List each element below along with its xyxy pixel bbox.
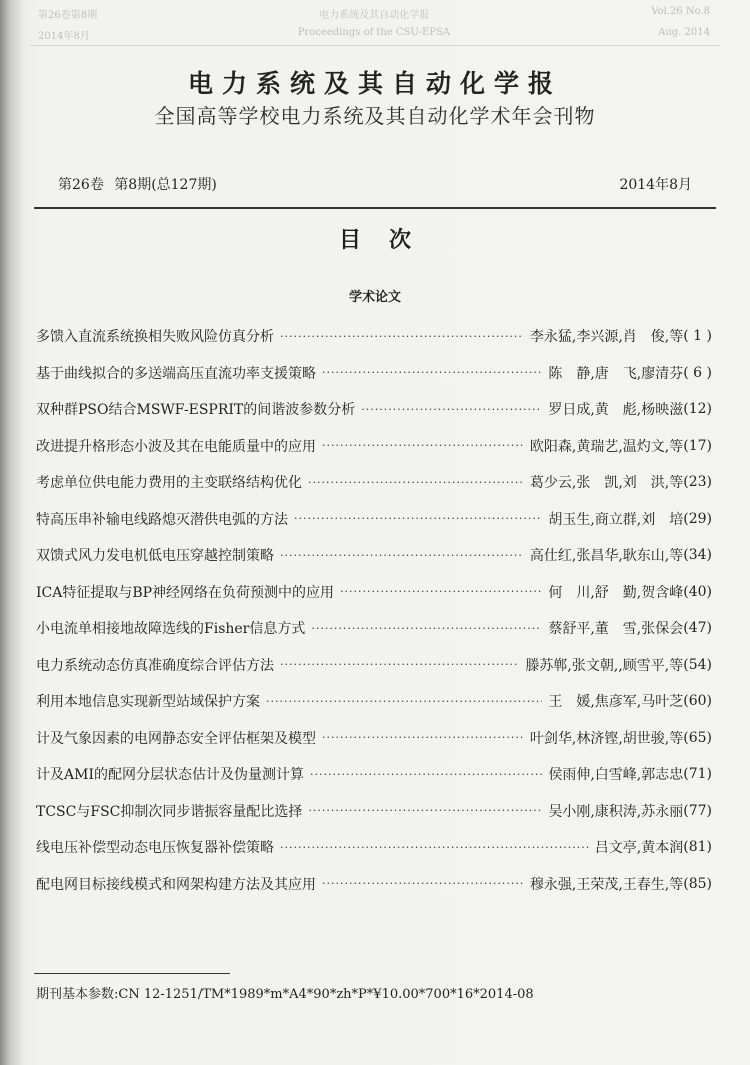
journal-parameters: 期刊基本参数:CN 12-1251/TM*1989*m*A4*90*zh*P*¥… [36, 983, 534, 1002]
article-page: (71) [683, 766, 712, 782]
article-title: 多馈入直流系统换相失败风险仿真分析 [36, 326, 274, 346]
article-page: (17) [683, 438, 712, 454]
toc-entry[interactable]: 利用本地信息实现新型站域保护方案 王 媛,焦彦军,马叶芝 (60) [36, 683, 712, 720]
article-authors: 陈 静,唐 飞,廖清芬 [548, 363, 683, 383]
toc-entry[interactable]: 计及气象因素的电网静态安全评估框架及模型 叶剑华,林济铿,胡世骏,等 (65) [36, 720, 712, 757]
leader-dots [280, 658, 519, 671]
article-page: (81) [683, 839, 712, 855]
toc-entry[interactable]: ICA特征提取与BP神经网络在负荷预测中的应用 何 川,舒 勤,贺含峰 (40) [36, 574, 712, 611]
article-page: (12) [683, 401, 712, 417]
toc-entry[interactable]: 计及AMI的配网分层状态估计及伪量测计算 侯雨伸,白雪峰,郭志忠 (71) [36, 756, 712, 793]
article-title: 电力系统动态仿真准确度综合评估方法 [36, 655, 274, 675]
article-title: 双馈式风力发电机低电压穿越控制策略 [36, 545, 274, 565]
leader-dots [280, 841, 589, 854]
leader-dots [322, 366, 542, 379]
article-page: (85) [683, 876, 712, 892]
toc-entry[interactable]: TCSC与FSC抑制次同步谐振容量配比选择 吴小刚,康积涛,苏永丽 (77) [36, 793, 712, 830]
table-of-contents: 多馈入直流系统换相失败风险仿真分析 李永猛,李兴源,肖 俊,等 ( 1 ) 基于… [36, 318, 712, 902]
article-authors: 吴小刚,康积涛,苏永丽 [548, 801, 683, 821]
article-page: ( 1 ) [683, 328, 712, 344]
article-title: 特高压串补输电线路熄灭潜供电弧的方法 [36, 509, 288, 529]
article-title: 双种群PSO结合MSWF-ESPRIT的间谐波参数分析 [36, 399, 355, 419]
article-authors: 叶剑华,林济铿,胡世骏,等 [530, 728, 683, 748]
leader-dots [340, 585, 542, 598]
toc-entry[interactable]: 多馈入直流系统换相失败风险仿真分析 李永猛,李兴源,肖 俊,等 ( 1 ) [36, 318, 712, 355]
leader-dots [280, 549, 524, 562]
article-authors: 侯雨伸,白雪峰,郭志忠 [548, 764, 683, 784]
article-authors: 滕苏郸,张文朝,,顾雪平,等 [525, 655, 683, 675]
toc-entry[interactable]: 电力系统动态仿真准确度综合评估方法 滕苏郸,张文朝,,顾雪平,等 (54) [36, 647, 712, 684]
article-title: 考虑单位供电能力费用的主变联络结构优化 [36, 472, 302, 492]
article-authors: 李永猛,李兴源,肖 俊,等 [530, 326, 683, 346]
article-page: ( 6 ) [683, 365, 712, 381]
volume-label: 第26卷 [58, 177, 104, 193]
journal-page: 第26卷第8期 电力系统及其自动化学报 Vol.26 No.8 2014年8月 … [0, 0, 750, 1065]
journal-title: 电力系统及其自动化学报 [0, 64, 750, 100]
article-page: (77) [683, 803, 712, 819]
leader-dots [322, 439, 524, 452]
bleed-through-header: 第26卷第8期 电力系统及其自动化学报 Vol.26 No.8 2014年8月 … [0, 0, 750, 50]
toc-entry[interactable]: 配电网目标接线模式和网架构建方法及其应用 穆永强,王荣茂,王春生,等 (85) [36, 866, 712, 903]
article-authors: 何 川,舒 勤,贺含峰 [548, 582, 683, 602]
leader-dots [311, 622, 542, 635]
toc-entry[interactable]: 改进提升格形态小波及其在电能质量中的应用 欧阳森,黄瑞艺,温灼文,等 (17) [36, 428, 712, 465]
section-title: 学术论文 [0, 286, 750, 305]
leader-dots [308, 476, 524, 489]
article-title: ICA特征提取与BP神经网络在负荷预测中的应用 [36, 582, 334, 602]
issue-date: 2014年8月 [619, 174, 692, 194]
bleed-second-right: Aug. 2014 [658, 27, 710, 42]
toc-title: 目次 [0, 223, 750, 254]
article-title: TCSC与FSC抑制次同步谐振容量配比选择 [36, 801, 302, 821]
toc-entry[interactable]: 双馈式风力发电机低电压穿越控制策略 高仕红,张昌华,耿东山,等 (34) [36, 537, 712, 574]
issue-label: 第8期(总127期) [114, 177, 217, 193]
toc-entry[interactable]: 特高压串补输电线路熄灭潜供电弧的方法 胡玉生,商立群,刘 培 (29) [36, 501, 712, 538]
article-page: (23) [683, 474, 712, 490]
article-page: (34) [683, 547, 712, 563]
article-title: 利用本地信息实现新型站域保护方案 [36, 691, 260, 711]
article-authors: 王 媛,焦彦军,马叶芝 [548, 691, 683, 711]
article-title: 小电流单相接地故障选线的Fisher信息方式 [36, 618, 305, 638]
article-page: (29) [683, 511, 712, 527]
toc-entry[interactable]: 双种群PSO结合MSWF-ESPRIT的间谐波参数分析 罗日成,黄 彪,杨映滋 … [36, 391, 712, 428]
journal-subtitle: 全国高等学校电力系统及其自动化学术年会刊物 [0, 100, 750, 129]
toc-entry[interactable]: 考虑单位供电能力费用的主变联络结构优化 葛少云,张 凯,刘 洪,等 (23) [36, 464, 712, 501]
leader-dots [322, 731, 524, 744]
header-divider [34, 207, 716, 209]
article-authors: 胡玉生,商立群,刘 培 [548, 509, 683, 529]
article-title: 改进提升格形态小波及其在电能质量中的应用 [36, 436, 316, 456]
footnote-rule [34, 973, 230, 974]
article-page: (65) [683, 730, 712, 746]
leader-dots [266, 695, 542, 708]
toc-entry[interactable]: 线电压补偿型动态电压恢复器补偿策略 吕文亭,黄本润 (81) [36, 829, 712, 866]
article-authors: 高仕红,张昌华,耿东山,等 [530, 545, 683, 565]
issue-info: 第26卷 第8期(总127期) 2014年8月 [58, 174, 692, 194]
bleed-second-center: Proceedings of the CSU-EPSA [298, 27, 450, 42]
article-title: 配电网目标接线模式和网架构建方法及其应用 [36, 874, 316, 894]
leader-dots [361, 403, 542, 416]
toc-entry[interactable]: 小电流单相接地故障选线的Fisher信息方式 蔡舒平,董 雪,张保会 (47) [36, 610, 712, 647]
article-authors: 吕文亭,黄本润 [595, 837, 683, 857]
article-page: (60) [683, 693, 712, 709]
article-title: 计及气象因素的电网静态安全评估框架及模型 [36, 728, 316, 748]
leader-dots [280, 330, 524, 343]
article-authors: 蔡舒平,董 雪,张保会 [548, 618, 683, 638]
article-title: 基于曲线拟合的多送端高压直流功率支援策略 [36, 363, 316, 383]
leader-dots [308, 804, 542, 817]
leader-dots [294, 512, 542, 525]
bleed-second-left: 2014年8月 [38, 27, 90, 42]
article-authors: 罗日成,黄 彪,杨映滋 [548, 399, 683, 419]
bleed-rule [30, 45, 720, 46]
article-authors: 穆永强,王荣茂,王春生,等 [530, 874, 683, 894]
article-title: 计及AMI的配网分层状态估计及伪量测计算 [36, 764, 304, 784]
article-page: (54) [683, 657, 712, 673]
article-authors: 欧阳森,黄瑞艺,温灼文,等 [530, 436, 683, 456]
article-authors: 葛少云,张 凯,刘 洪,等 [530, 472, 683, 492]
toc-entry[interactable]: 基于曲线拟合的多送端高压直流功率支援策略 陈 静,唐 飞,廖清芬 ( 6 ) [36, 355, 712, 392]
article-page: (40) [683, 584, 712, 600]
bleed-top-center: 电力系统及其自动化学报 [319, 6, 429, 21]
article-page: (47) [683, 620, 712, 636]
bleed-top-left: 第26卷第8期 [38, 6, 97, 21]
bleed-top-right: Vol.26 No.8 [651, 6, 710, 21]
article-title: 线电压补偿型动态电压恢复器补偿策略 [36, 837, 274, 857]
leader-dots [322, 877, 524, 890]
leader-dots [310, 768, 542, 781]
